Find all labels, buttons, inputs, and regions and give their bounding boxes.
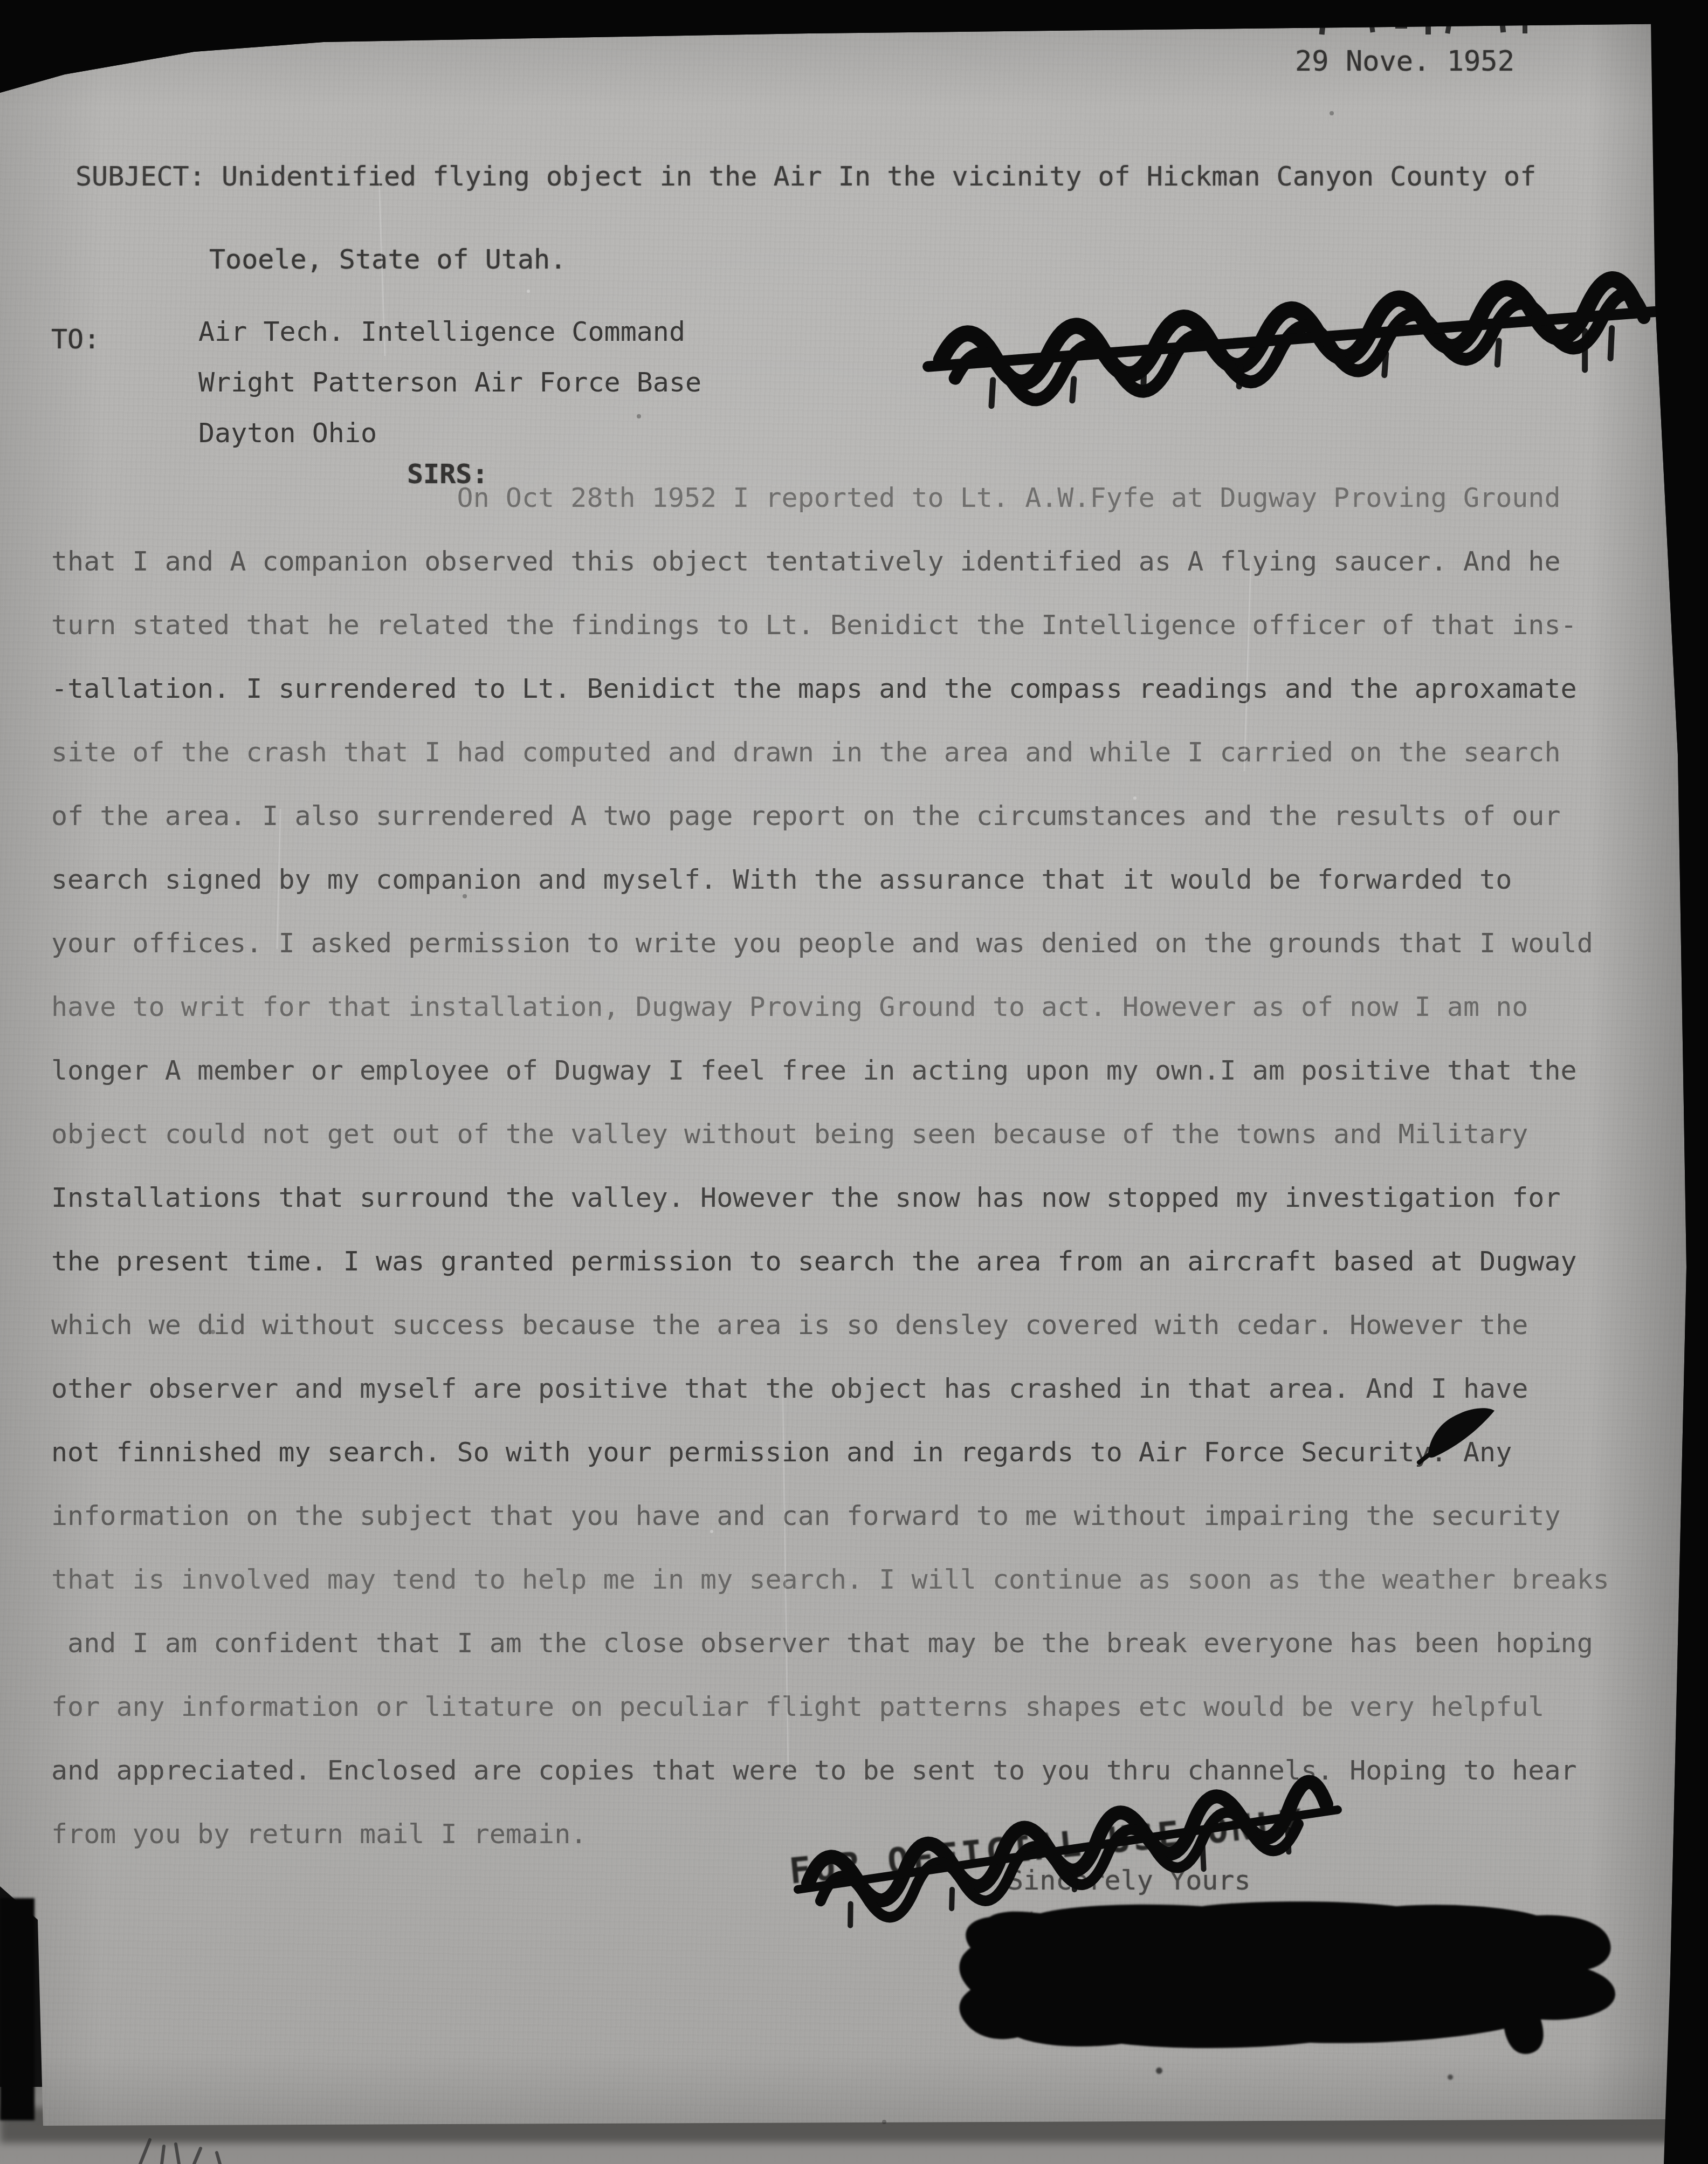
scanned-letter: 29 Nove. 1952 SUBJECT: Unidentified flyi… xyxy=(0,0,1708,2164)
scratches-overlay xyxy=(0,0,1708,2164)
top-black-band xyxy=(0,0,1708,108)
bottom-left-black-strip xyxy=(0,1898,35,2120)
